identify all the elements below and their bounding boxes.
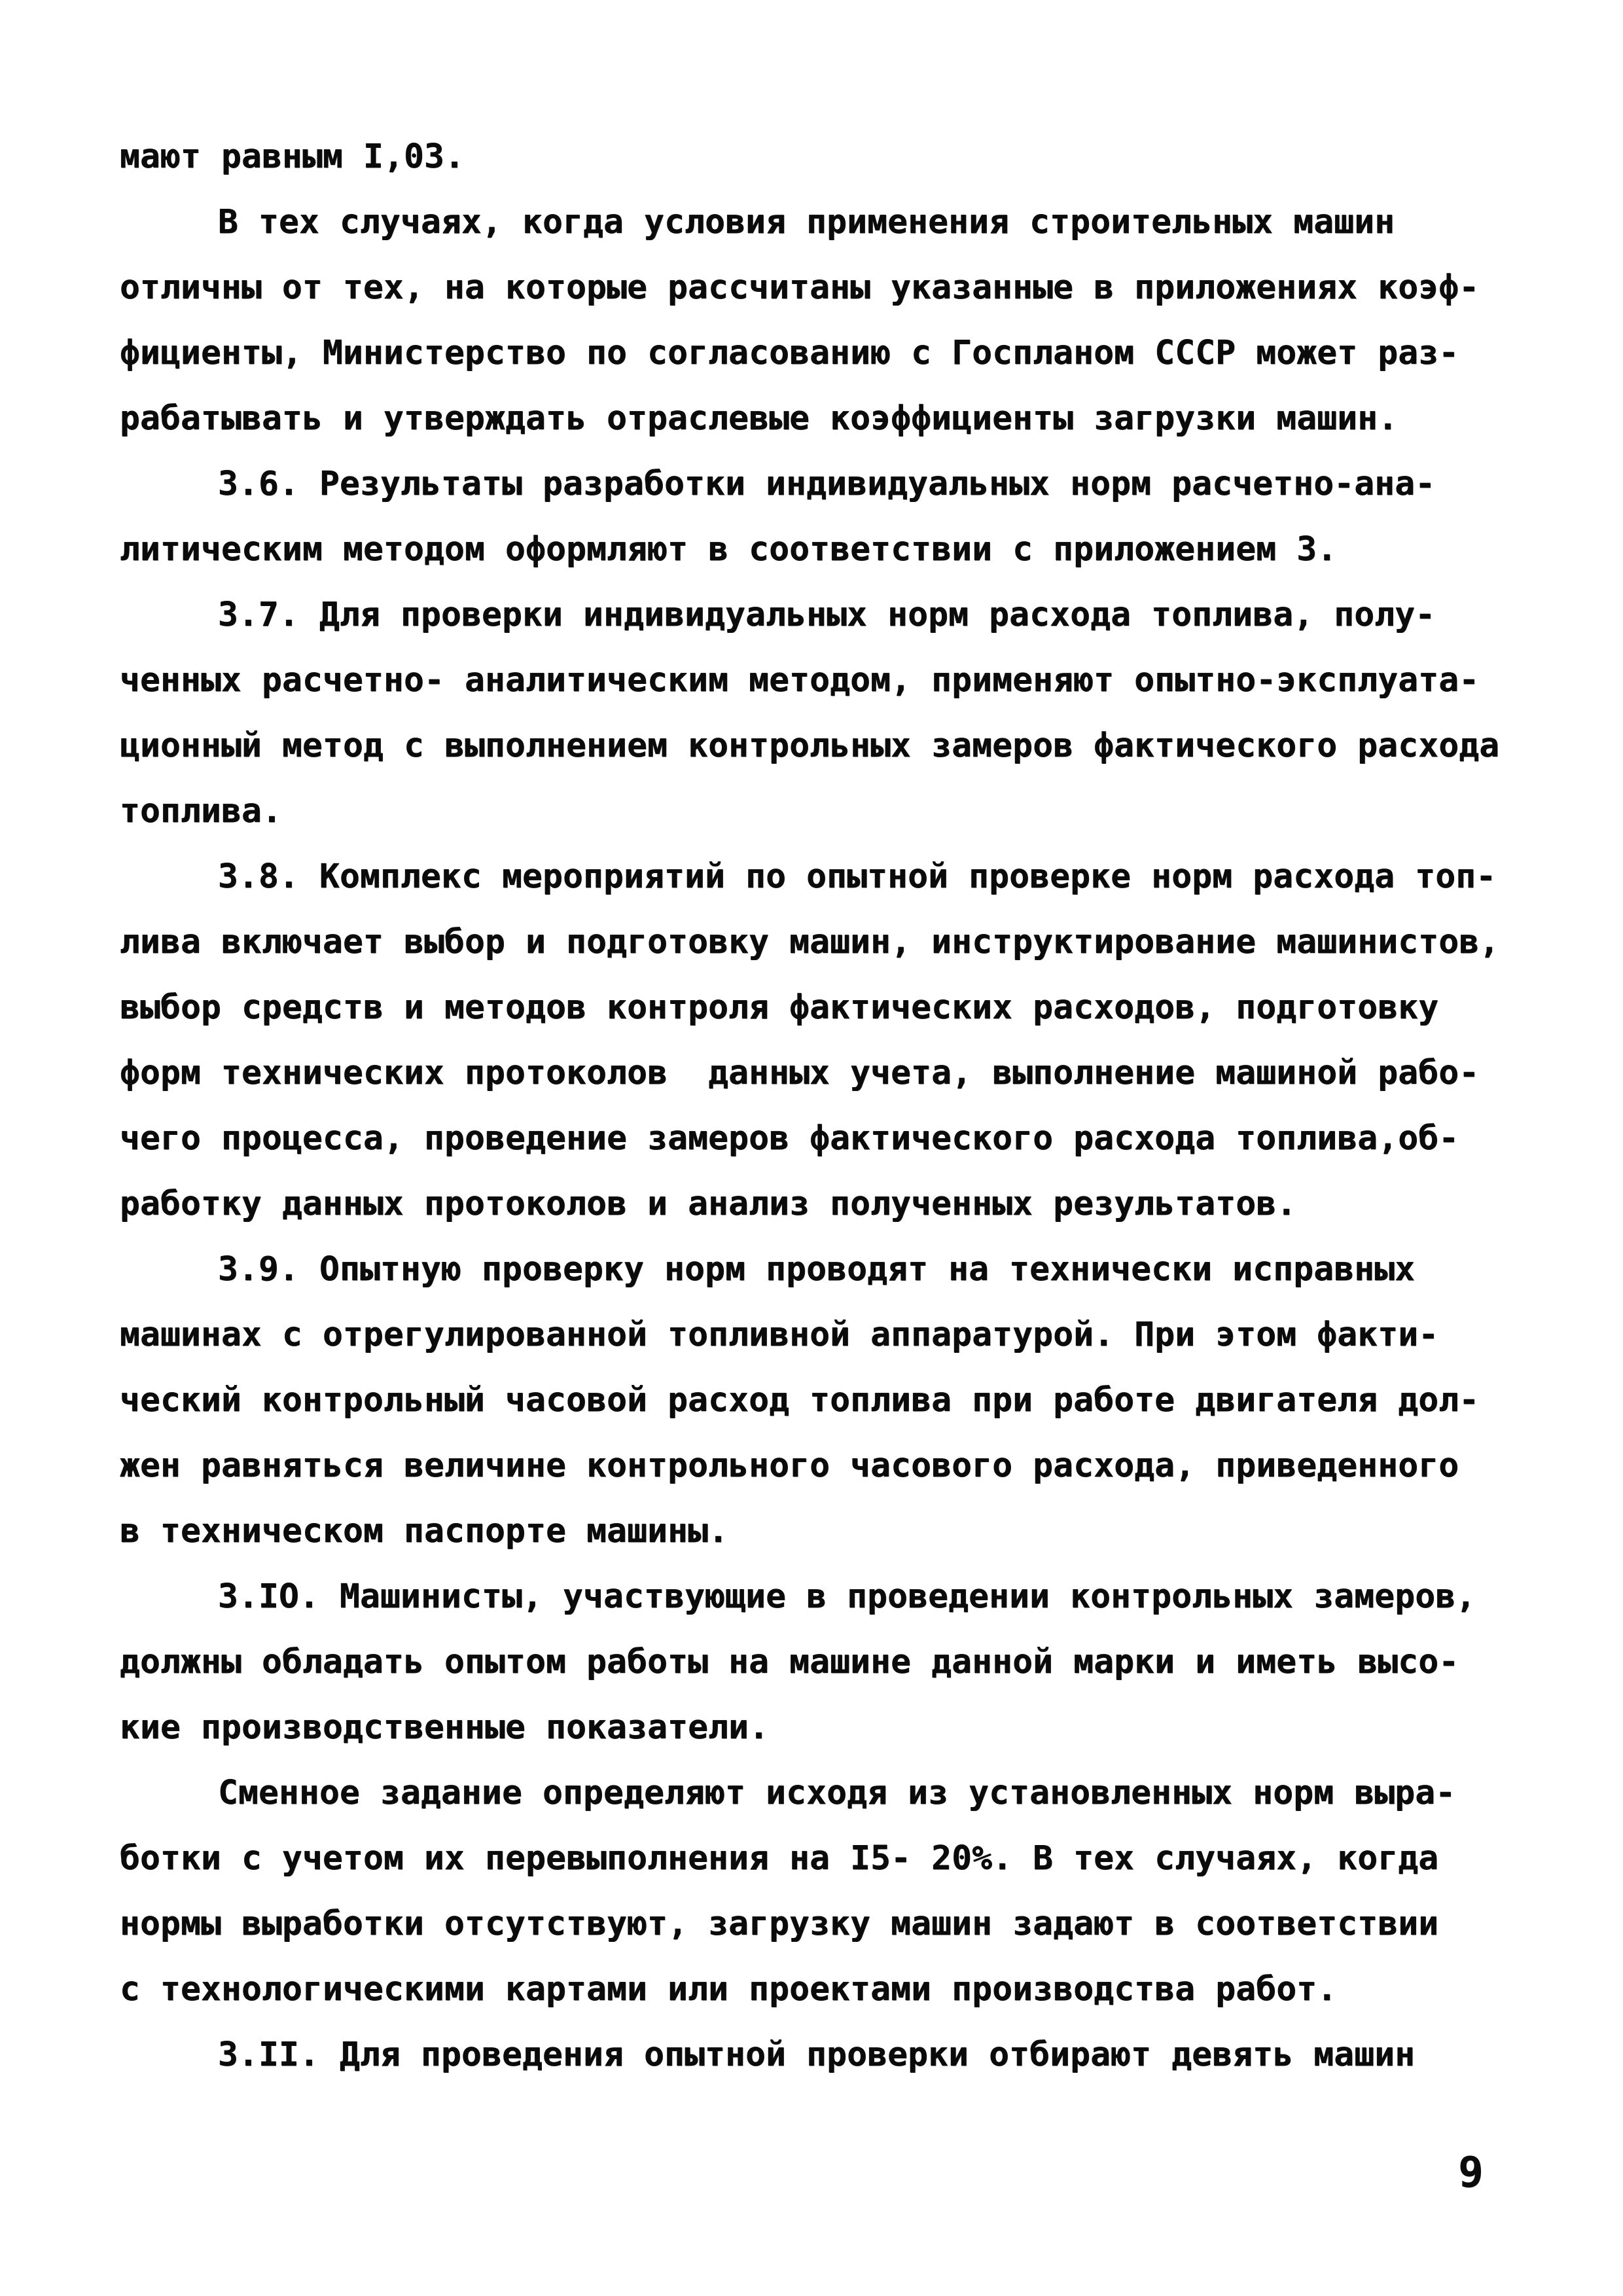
text-line-section-3-10: 3.IO. Машинисты, участвующие в проведени… (120, 1564, 1533, 1630)
text-line-section-3-8: 3.8. Комплекс мероприятий по опытной про… (120, 844, 1533, 910)
text-line-section-3-6: 3.6. Результаты разработки индивидуальны… (120, 452, 1533, 517)
text-line: с технологическими картами или проектами… (120, 1957, 1533, 2022)
text-line: ционный метод с выполнением контрольных … (120, 713, 1533, 779)
text-line: машинах с отрегулированной топливной апп… (120, 1302, 1533, 1368)
text-line: отличны от тех, на которые рассчитаны ук… (120, 255, 1533, 321)
text-line: в техническом паспорте машины. (120, 1499, 1533, 1564)
text-line: рабатывать и утверждать отраслевые коэфф… (120, 386, 1533, 452)
text-line: мают равным I,03. (120, 124, 1533, 190)
text-line: ческий контрольный часовой расход топлив… (120, 1368, 1533, 1433)
text-line: должны обладать опытом работы на машине … (120, 1630, 1533, 1695)
text-line: чего процесса, проведение замеров фактич… (120, 1106, 1533, 1172)
text-line: В тех случаях, когда условия применения … (120, 190, 1533, 255)
text-line: фициенты, Министерство по согласованию с… (120, 321, 1533, 386)
text-line: форм технических протоколов данных учета… (120, 1041, 1533, 1106)
text-line: нормы выработки отсутствуют, загрузку ма… (120, 1892, 1533, 1957)
text-line: топлива. (120, 779, 1533, 844)
text-line: литическим методом оформляют в соответст… (120, 517, 1533, 583)
text-line: Сменное задание определяют исходя из уст… (120, 1761, 1533, 1826)
document-page: мают равным I,03. В тех случаях, когда у… (0, 0, 1623, 2296)
text-line: жен равняться величине контрольного часо… (120, 1433, 1533, 1499)
text-line-section-3-9: 3.9. Опытную проверку норм проводят на т… (120, 1237, 1533, 1302)
text-line: выбор средств и методов контроля фактиче… (120, 975, 1533, 1041)
text-line-section-3-7: 3.7. Для проверки индивидуальных норм ра… (120, 583, 1533, 648)
text-line: ченных расчетно- аналитическим методом, … (120, 648, 1533, 713)
text-line: ботки с учетом их перевыполнения на I5- … (120, 1826, 1533, 1892)
text-line-section-3-11: 3.II. Для проведения опытной проверки от… (120, 2022, 1533, 2088)
text-line: кие производственные показатели. (120, 1695, 1533, 1761)
text-line: лива включает выбор и подготовку машин, … (120, 910, 1533, 975)
page-number: 9 (1458, 2152, 1484, 2194)
text-line: работку данных протоколов и анализ получ… (120, 1172, 1533, 1237)
text-block: мают равным I,03. В тех случаях, когда у… (120, 124, 1533, 2088)
